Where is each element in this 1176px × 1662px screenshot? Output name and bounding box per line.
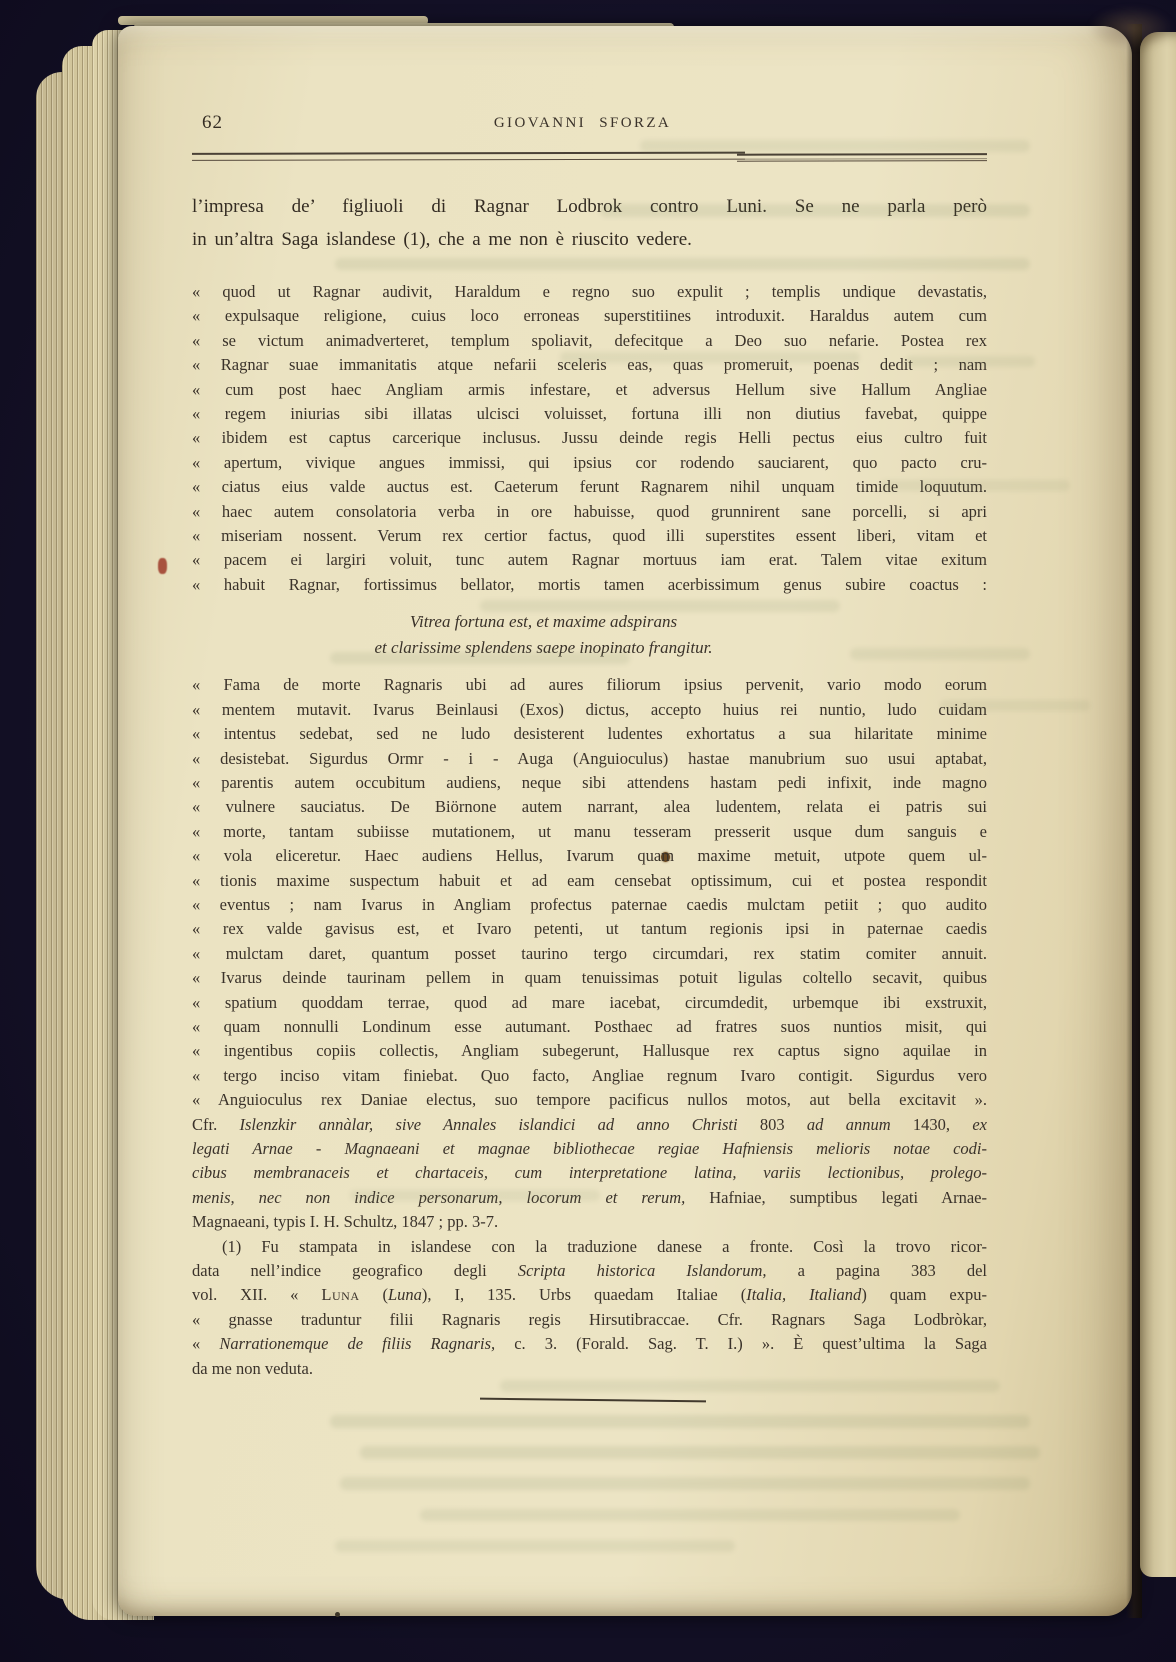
top-right-smudge — [1088, 6, 1174, 50]
text-line: « Narrationemque de filiis Ragnaris, c. … — [192, 1332, 987, 1356]
intro-line: in un’altra Saga islandese (1), che a me… — [192, 223, 987, 256]
text-line: « apertum, vivique angues immissi, qui i… — [192, 451, 987, 475]
text-line: « ingentibus copiis collectis, Angliam s… — [192, 1039, 987, 1063]
text-line: « Fama de morte Ragnaris ubi ad aures fi… — [192, 673, 987, 697]
paper-speck — [335, 1612, 340, 1617]
text-line: « habuit Ragnar, fortissimus bellator, m… — [192, 573, 987, 597]
text-line: « tionis maxime suspectum habuit et ad e… — [192, 869, 987, 893]
text-line: « pacem ei largiri voluit, tunc autem Ra… — [192, 548, 987, 572]
header-rule-shadow — [745, 158, 987, 162]
footnote-block: (1) Fu stampata in islandese con la trad… — [192, 1235, 987, 1381]
text-line: « vola eliceretur. Haec audiens Hellus, … — [192, 844, 987, 868]
text-line: « gnasse traduntur filii Ragnaris regis … — [192, 1308, 987, 1332]
text-line: « rex valde gavisus est, et Ivaro petent… — [192, 917, 987, 941]
text-line: data nell’indice geografico degli Script… — [192, 1259, 987, 1283]
text-line: legati Arnae - Magnaeani et magnae bibli… — [192, 1137, 987, 1161]
text-line: « regem iniurias sibi illatas ulcisci vo… — [192, 402, 987, 426]
intro-paragraph: l’impresa de’ figliuoli di Ragnar Lodbro… — [192, 190, 987, 256]
verse-line: Vitrea fortuna est, et maxime adspirans — [192, 609, 895, 635]
facing-page-edge — [1140, 32, 1176, 1577]
text-line: « miseriam nossent. Verum rex certior fa… — [192, 524, 987, 548]
text-line: Magnaeani, typis I. H. Schultz, 1847 ; p… — [192, 1210, 987, 1234]
text-line: « eventus ; nam Ivarus in Angliam profec… — [192, 893, 987, 917]
text-line: vol. XII. « Luna (Luna), I, 135. Urbs qu… — [192, 1283, 987, 1307]
header-rule — [192, 151, 987, 161]
text-line: « Ivarus deinde taurinam pellem in quam … — [192, 966, 987, 990]
text-line: « morte, tantam subiisse mutationem, ut … — [192, 820, 987, 844]
text-line: « mulctam daret, quantum posset taurino … — [192, 942, 987, 966]
text-line: « cum post haec Angliam armis infestare,… — [192, 378, 987, 402]
text-line: « haec autem consolatoria verba in ore h… — [192, 500, 987, 524]
text-column: 62 GIOVANNI SFORZA l’impresa de’ figliuo… — [192, 112, 987, 1401]
page-header: 62 GIOVANNI SFORZA — [192, 112, 987, 136]
text-line: cibus membranaceis et chartaceis, cum in… — [192, 1161, 987, 1185]
text-line: « Ragnar suae immanitatis atque nefarii … — [192, 353, 987, 377]
text-line: « mentem mutavit. Ivarus Beinlausi (Exos… — [192, 698, 987, 722]
text-line: menis, nec non indice personarum, locoru… — [192, 1186, 987, 1210]
red-mark-page-edge — [158, 558, 167, 574]
intro-line: l’impresa de’ figliuoli di Ragnar Lodbro… — [192, 190, 987, 223]
text-line: « ibidem est captus carcerique inclusus.… — [192, 426, 987, 450]
text-line: da me non veduta. — [192, 1357, 987, 1381]
text-line: « quod ut Ragnar audivit, Haraldum e reg… — [192, 280, 987, 304]
latin-quote-block: « quod ut Ragnar audivit, Haraldum e reg… — [192, 280, 987, 597]
text-line: « ciatus eius valde auctus est. Caeterum… — [192, 475, 987, 499]
verse-line: et clarissime splendens saepe inopinato … — [192, 635, 895, 661]
text-line: « Anguioculus rex Daniae electus, suo te… — [192, 1088, 987, 1112]
text-line: « intentus sedebat, sed ne ludo desister… — [192, 722, 987, 746]
text-line: (1) Fu stampata in islandese con la trad… — [192, 1235, 987, 1259]
running-header: GIOVANNI SFORZA — [192, 115, 973, 132]
text-line: « desistebat. Sigurdus Ormr - i - Auga (… — [192, 747, 987, 771]
verse-couplet: Vitrea fortuna est, et maxime adspirans … — [192, 609, 987, 660]
text-line: « spatium quoddam terrae, quod ad mare i… — [192, 991, 987, 1015]
header-rule-left — [192, 152, 745, 161]
text-line: « tergo inciso vitam finiebat. Quo facto… — [192, 1064, 987, 1088]
text-line: « se victum animadverteret, templum spol… — [192, 329, 987, 353]
book-scan: 62 GIOVANNI SFORZA l’impresa de’ figliuo… — [0, 0, 1176, 1662]
text-line: « quam nonnulli Londinum esse autumant. … — [192, 1015, 987, 1039]
text-line: « expulsaque religione, cuius loco erron… — [192, 304, 987, 328]
text-line: « vulnere sauciatus. De Biörnone autem n… — [192, 795, 987, 819]
text-line: « parentis autem occubitum audiens, nequ… — [192, 771, 987, 795]
main-text-block: « Fama de morte Ragnaris ubi ad aures fi… — [192, 673, 987, 1234]
text-line: Cfr. Islenzkir annàlar, sive Annales isl… — [192, 1113, 987, 1137]
